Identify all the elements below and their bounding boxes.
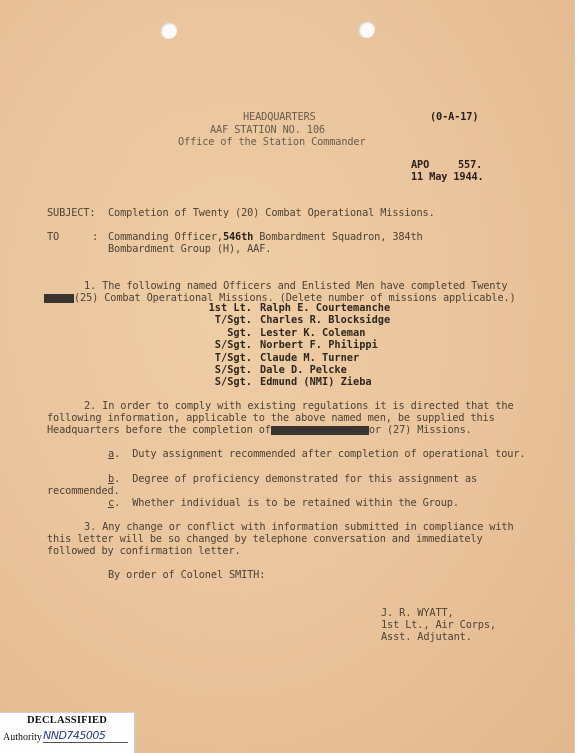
para2-line-2: following information, applicable to the… <box>47 412 495 424</box>
item-b-continuation: recommended. <box>47 485 120 497</box>
para1-line-1: 1. The following named Officers and Enli… <box>84 280 507 292</box>
personnel-rank: S/Sgt. <box>204 339 252 351</box>
item-b-letter: b <box>108 473 114 485</box>
personnel-row: Sgt.Lester K. Coleman <box>204 327 390 339</box>
item-a-text: Duty assignment recommended after comple… <box>132 448 525 460</box>
redaction-bar-2: XXXXXXXXXXXXXXXX <box>271 426 369 435</box>
to-line-1: Commanding Officer,546th Bombardment Squ… <box>108 231 423 243</box>
para2-line-1: 2. In order to comply with existing regu… <box>84 400 514 412</box>
personnel-row: S/Sgt.Norbert F. Philippi <box>204 339 390 351</box>
item-c: c. Whether individual is to be retained … <box>108 497 459 509</box>
subject-text: Completion of Twenty (20) Combat Operati… <box>108 207 435 219</box>
header-line-2: AAF STATION NO. 106 <box>210 124 325 136</box>
to-colon: : <box>92 231 98 243</box>
personnel-rank: S/Sgt. <box>204 364 252 376</box>
personnel-row: S/Sgt.Dale D. Pelcke <box>204 364 390 376</box>
personnel-name: Claude M. Turner <box>260 352 359 364</box>
authority-number: NND745005 <box>43 729 128 743</box>
item-c-letter: c <box>108 497 114 509</box>
para2-line-3: Headquarters before the completion ofXXX… <box>47 424 472 436</box>
item-b: b. Degree of proficiency demonstrated fo… <box>108 473 477 485</box>
punch-hole-left <box>160 22 177 39</box>
personnel-rank: Sgt. <box>204 327 252 339</box>
header-line-1: HEADQUARTERS <box>243 111 316 123</box>
item-a: a. Duty assignment recommended after com… <box>108 448 525 460</box>
signature-name: J. R. WYATT, <box>381 607 454 619</box>
to-prefix: Commanding Officer, <box>108 231 223 243</box>
document-page: HEADQUARTERS AAF STATION NO. 106 Office … <box>0 0 575 753</box>
personnel-name: Lester K. Coleman <box>260 327 365 339</box>
personnel-row: 1st Lt.Ralph E. Courtemanche <box>204 302 390 314</box>
apo-label: APO <box>411 159 429 171</box>
personnel-row: S/Sgt.Edmund (NMI) Zieba <box>204 376 390 388</box>
personnel-name: Edmund (NMI) Zieba <box>260 376 372 388</box>
apo-number: 557. <box>458 159 482 171</box>
letter-date: 11 May 1944. <box>411 171 484 183</box>
squadron-stamp: 546th <box>223 231 253 243</box>
personnel-rank: T/Sgt. <box>204 314 252 326</box>
declassified-title: DECLASSIFIED <box>0 715 134 726</box>
personnel-name: Ralph E. Courtemanche <box>260 302 390 314</box>
file-code: (0-A-17) <box>430 111 478 123</box>
item-b-text: Degree of proficiency demonstrated for t… <box>132 473 477 485</box>
personnel-name: Dale D. Pelcke <box>260 364 347 376</box>
item-c-text: Whether individual is to be retained wit… <box>132 497 459 509</box>
para3-line-3: followed by confirmation letter. <box>47 545 241 557</box>
closing-line: By order of Colonel SMITH: <box>108 569 265 581</box>
to-label: TO <box>47 231 59 243</box>
personnel-rank: 1st Lt. <box>204 302 252 314</box>
to-line-2: Bombardment Group (H), AAF. <box>108 243 271 255</box>
to-suffix: Bombardment Squadron, 384th <box>259 231 422 243</box>
header-line-3: Office of the Station Commander <box>178 136 366 148</box>
punch-hole-right <box>358 21 375 38</box>
personnel-rank: T/Sgt. <box>204 352 252 364</box>
personnel-row: T/Sgt.Claude M. Turner <box>204 352 390 364</box>
personnel-name: Charles R. Blocksidge <box>260 314 390 326</box>
para3-line-2: this letter will be so changed by teleph… <box>47 533 483 545</box>
subject-label: SUBJECT: <box>47 207 95 219</box>
personnel-list: 1st Lt.Ralph E. CourtemancheT/Sgt.Charle… <box>204 302 390 389</box>
item-a-letter: a <box>108 448 114 460</box>
signature-title: Asst. Adjutant. <box>381 631 472 643</box>
personnel-rank: S/Sgt. <box>204 376 252 388</box>
signature-rank: 1st Lt., Air Corps, <box>381 619 496 631</box>
personnel-name: Norbert F. Philippi <box>260 339 378 351</box>
para2-line-3-prefix: Headquarters before the completion of <box>47 424 271 436</box>
para3-line-1: 3. Any change or conflict with informati… <box>84 521 514 533</box>
redaction-bar: XXXXX <box>44 294 74 303</box>
personnel-row: T/Sgt.Charles R. Blocksidge <box>204 314 390 326</box>
declassified-label: DECLASSIFIED Authority NND745005 <box>0 712 135 753</box>
para2-line-3-suffix: or (27) Missions. <box>369 424 472 436</box>
authority-label: Authority <box>3 732 42 743</box>
